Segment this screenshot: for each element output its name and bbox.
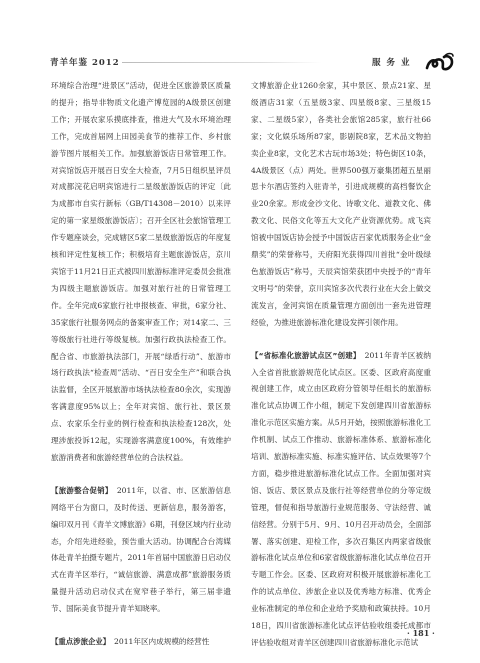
paragraph-text: 文博旅游企业1260余家，其中景区、景点21家、星级酒店31家（五星级3家、四星…	[251, 81, 431, 327]
page-number: · 181 ·	[407, 628, 435, 638]
paragraph-text: 环境综合治理“进景区”活动，促进全区旅游景区质量的提升；指导非物质文化遗产博览园…	[51, 81, 231, 462]
section-title: 服务业	[372, 56, 416, 68]
paragraph-heading: 【“省标准化旅游试点区”创建】	[251, 351, 357, 360]
paragraph-text: 2011年区内成规模的经营性	[106, 637, 209, 646]
right-column: 文博旅游企业1260余家，其中景区、景点21家、星级酒店31家（五星级3家、四星…	[251, 78, 431, 652]
calligraphic-swirl-icon	[425, 50, 455, 72]
page-header: 青羊年鉴 2012 服务业	[50, 56, 450, 72]
header-rule	[122, 62, 322, 63]
paragraph: 文博旅游企业1260余家，其中景区、景点21家、星级酒店31家（五星级3家、四星…	[251, 78, 431, 332]
left-column: 环境综合治理“进景区”活动，促进全区旅游景区质量的提升；指导非物质文化遗产博览园…	[51, 78, 231, 651]
paragraph-text: 2011年青羊区被纳入全省首批旅游规范化试点区。区委、区政府高度重视创建工作，成…	[251, 351, 431, 647]
paragraph: 【重点涉旅企业】 2011年区内成规模的经营性	[51, 634, 231, 651]
running-title: 青羊年鉴 2012	[50, 56, 120, 68]
paragraph-text: 2011年，以省、市、区旅游信息网络平台为窗口，及时传送、更新信息，服务游客，编…	[51, 486, 231, 613]
paragraph: 【旅游整合促销】 2011年，以省、市、区旅游信息网络平台为窗口，及时传送、更新…	[51, 483, 231, 618]
paragraph-heading: 【重点涉旅企业】	[51, 637, 106, 646]
paragraph: 环境综合治理“进景区”活动，促进全区旅游景区质量的提升；指导非物质文化遗产博览园…	[51, 78, 231, 467]
paragraph-heading: 【旅游整合促销】	[51, 486, 109, 495]
paragraph: 【“省标准化旅游试点区”创建】 2011年青羊区被纳入全省首批旅游规范化试点区。…	[251, 348, 431, 652]
